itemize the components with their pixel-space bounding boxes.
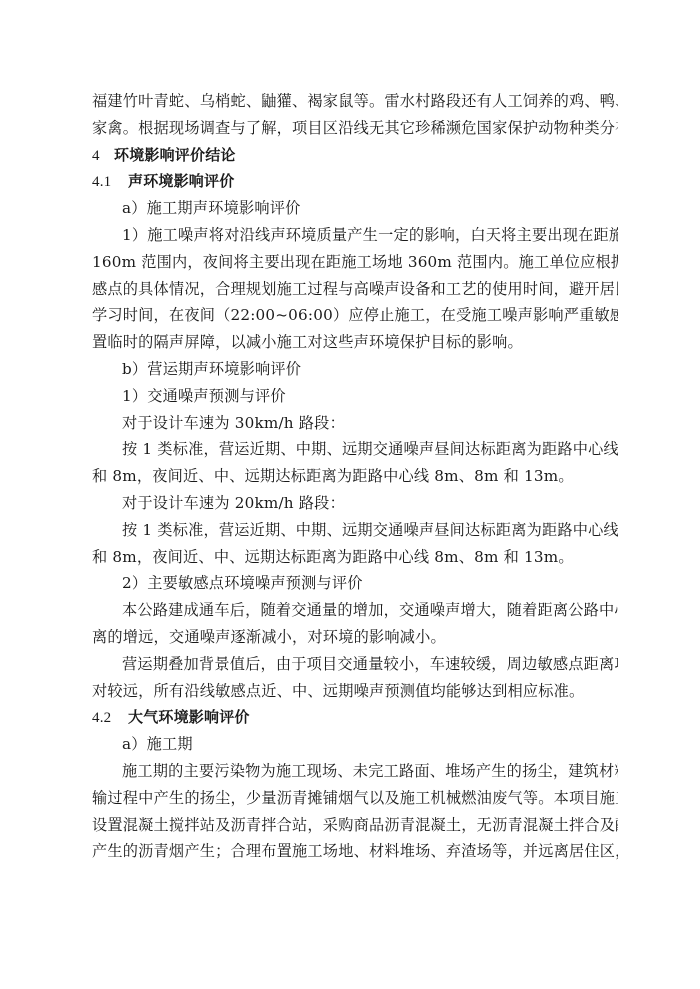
paragraph-line: 设置混凝土搅拌站及沥青拌合站，采购商品沥青混凝土，无沥青混凝土拌合及配制等: [92, 812, 618, 839]
paragraph-line: 对于设计车速为 20km/h 路段：: [92, 490, 618, 517]
heading-number: 4.2: [92, 705, 128, 731]
paragraph-line: 本公路建成通车后，随着交通量的增加，交通噪声增大，随着距离公路中心线距: [92, 597, 618, 624]
paragraph-line: 感点的具体情况，合理规划施工过程与高噪声设备和工艺的使用时间，避开居民休息、: [92, 276, 618, 303]
subsection-heading: 4.1声环境影响评价: [92, 168, 618, 195]
paragraph-line: 2）主要敏感点环境噪声预测与评价: [92, 570, 618, 597]
paragraph-line: 按 1 类标准，营运近期、中期、远期交通噪声昼间达标距离为距路中心线 8m、8m: [92, 436, 618, 463]
paragraph-line: 对较远，所有沿线敏感点近、中、远期噪声预测值均能够达到相应标准。: [92, 678, 618, 705]
paragraph-line: 离的增远，交通噪声逐渐减小，对环境的影响减小。: [92, 624, 618, 651]
document-page: 福建竹叶青蛇、乌梢蛇、鼬獾、褐家鼠等。雷水村路段还有人工饲养的鸡、鸭、鹅等家禽。…: [92, 88, 618, 865]
paragraph-line: a）施工期声环境影响评价: [92, 195, 618, 222]
paragraph-line: 学习时间，在夜间（22:00~06:00）应停止施工，在受施工噪声影响严重敏感点…: [92, 302, 618, 329]
paragraph-line: 1）交通噪声预测与评价: [92, 383, 618, 410]
paragraph-line: b）营运期声环境影响评价: [92, 356, 618, 383]
paragraph-line: 产生的沥青烟产生；合理布置施工场地、材料堆场、弃渣场等，并远离居住区，定期: [92, 838, 618, 865]
paragraph-line: 福建竹叶青蛇、乌梢蛇、鼬獾、褐家鼠等。雷水村路段还有人工饲养的鸡、鸭、鹅等: [92, 88, 618, 115]
paragraph-line: 家禽。根据现场调查与了解，项目区沿线无其它珍稀濒危国家保护动物种类分布。: [92, 115, 618, 142]
section-heading: 4环境影响评价结论: [92, 142, 618, 169]
paragraph-line: 对于设计车速为 30km/h 路段：: [92, 410, 618, 437]
paragraph-line: a）施工期: [92, 731, 618, 758]
paragraph-line: 和 8m，夜间近、中、远期达标距离为距路中心线 8m、8m 和 13m。: [92, 463, 618, 490]
paragraph-line: 和 8m，夜间近、中、远期达标距离为距路中心线 8m、8m 和 13m。: [92, 544, 618, 571]
paragraph-line: 输过程中产生的扬尘，少量沥青摊铺烟气以及施工机械燃油废气等。本项目施工期不: [92, 785, 618, 812]
paragraph-line: 160m 范围内，夜间将主要出现在距施工场地 360m 范围内。施工单位应根据场…: [92, 249, 618, 276]
heading-text: 大气环境影响评价: [128, 708, 250, 726]
heading-text: 环境影响评价结论: [114, 146, 236, 164]
heading-number: 4: [92, 143, 114, 169]
heading-number: 4.1: [92, 169, 128, 195]
paragraph-line: 1）施工噪声将对沿线声环境质量产生一定的影响，白天将主要出现在距施工场地: [92, 222, 618, 249]
paragraph-line: 按 1 类标准，营运近期、中期、远期交通噪声昼间达标距离为距路中心线 8m、8m: [92, 517, 618, 544]
paragraph-line: 置临时的隔声屏障，以减小施工对这些声环境保护目标的影响。: [92, 329, 618, 356]
paragraph-line: 营运期叠加背景值后，由于项目交通量较小，车速较缓，周边敏感点距离项目相: [92, 651, 618, 678]
paragraph-line: 施工期的主要污染物为施工现场、未完工路面、堆场产生的扬尘，建筑材料在运: [92, 758, 618, 785]
subsection-heading: 4.2大气环境影响评价: [92, 704, 618, 731]
heading-text: 声环境影响评价: [128, 172, 234, 190]
